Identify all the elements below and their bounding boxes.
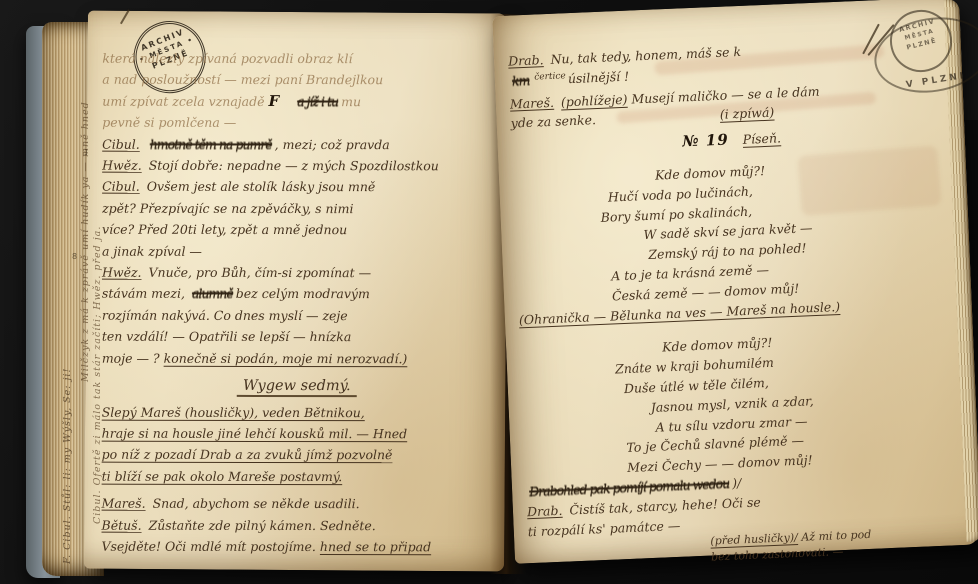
handwritten-text: Stojí dobře: nepadne — z mých Spozdilost… <box>149 158 439 174</box>
handwritten-text: Zůstaňte zde pilný kámen. Sedněte. <box>149 517 376 532</box>
handwritten-text: moje — ? <box>102 350 160 365</box>
manuscript-line: a jinak zpíval — <box>102 240 496 262</box>
handwritten-text: Duše útlé w těle čilém, <box>624 375 769 396</box>
manuscript-line: Cibul.hmotně těm na pumrě, mezi; což pra… <box>102 133 496 155</box>
stamp-text: V PLZNI <box>880 67 978 94</box>
manuscript-line: hraje si na housle jiné lehčí kousků mil… <box>102 423 496 445</box>
song-number: № 19 <box>682 131 729 151</box>
manuscript-line: Hwěz.Vnuče, pro Bůh, čím-si zpomínat — <box>102 262 496 284</box>
speaker-label: Mareš. <box>102 496 146 511</box>
handwritten-text: , mezi; což pravda <box>275 137 390 152</box>
handwritten-text: Slepý Mareš (housličky), veden Bětnikou, <box>102 404 365 419</box>
sideways-margin-note: Cibul. Ofertě zi málo tak stár začíti; H… <box>92 154 103 524</box>
edge-pencil-number: 8 <box>72 252 77 261</box>
handwritten-text: Kde domov můj?! <box>655 163 766 183</box>
sideways-margin-note: Milčzyk z má k zprávě umí hudík ya — mně… <box>80 52 91 382</box>
manuscript-line: Slepý Mareš (housličky), veden Bětnikou, <box>102 401 496 423</box>
handwritten-text: Vnuče, pro Bůh, čím-si zpomínat — <box>149 265 372 280</box>
handwritten-text: umí zpívat zcela vznajadě <box>102 93 264 108</box>
handwritten-text: úsilnější ! <box>568 68 630 86</box>
manuscript-line: po níž z pozadí Drab a za zvuků jímž poz… <box>102 444 496 466</box>
manuscript-line: Bětuš.Zůstaňte zde pilný kámen. Sedněte. <box>102 514 496 536</box>
manuscript-line: stávám mezi,alumněbez celým modravým <box>102 283 496 305</box>
handwritten-text: Vsejděte! Oči mdlé mít postojíme. <box>101 539 315 554</box>
manuscript-line: moje — ?konečně si podán, moje mi nerozv… <box>102 347 496 369</box>
manuscript-line: pevně si pomlčena — <box>102 112 496 134</box>
handwritten-text: Snad, abychom se někde usadili. <box>153 496 360 511</box>
underlined-text: (před husličky)/ <box>710 531 798 548</box>
struck-text: km <box>512 73 530 89</box>
handwritten-text: Wygew sedmý. <box>237 378 357 397</box>
handwritten-text: (Ohranička — Bělunka na ves — Mareš na h… <box>519 299 841 327</box>
manuscript-line: Mareš.Snad, abychom se někde usadili. <box>102 493 496 515</box>
underlined-text: hned se to připad <box>320 539 431 554</box>
handwritten-text: která nalezly zpívaná pozvadli obraz klí <box>102 51 352 66</box>
right-page-text: Drab.Nu, tak tedy, honem, máš se kkmčert… <box>508 33 969 572</box>
speaker-label: Drab. <box>527 503 563 519</box>
manuscript-line: rozjímán nakývá. Co dnes myslí — zeje <box>102 305 496 327</box>
handwritten-text: Zemský ráj to na pohled! <box>648 241 807 263</box>
manuscript-line: Hwěz.Stojí dobře: nepadne — z mých Spozd… <box>102 155 496 177</box>
struck-text: alumně <box>192 286 233 301</box>
handwritten-text: ten vzdálí! — Opatřili se lepší — hnízka <box>102 329 351 344</box>
speaker-label: Mareš. <box>510 94 555 111</box>
underlined-text: konečně si podán, moje mi nerozvadí.) <box>164 350 408 365</box>
handwritten-text: Ovšem jest ale stolík lásky jsou mně <box>147 179 376 194</box>
handwritten-text: yde za senke. <box>510 112 596 131</box>
handwritten-text: po níž z pozadí Drab a za zvuků jímž poz… <box>102 447 393 463</box>
manuscript-line: která nalezly zpívaná pozvadli obraz klí <box>102 48 496 70</box>
handwritten-text: Kde domov můj?! <box>662 335 773 355</box>
underlined-text: Píseň. <box>742 131 781 148</box>
speaker-label: Cibul. <box>102 179 140 194</box>
manuscript-line: Wygew sedmý. <box>102 376 496 398</box>
manuscript-line: ti blíží se pak okolo Mareše postavmý. <box>102 465 496 487</box>
underlined-text: (pohlížeje) <box>561 91 628 109</box>
handwritten-text: Až mi to pod <box>798 528 872 544</box>
manuscript-line: umí zpívat zcela vznajaděFa jíž i tumu <box>102 90 496 112</box>
spacer <box>600 119 720 124</box>
handwritten-text: ti rozpálí ks' památce — <box>528 517 681 538</box>
handwritten-text: bez celým modravým <box>236 286 370 301</box>
speaker-label: Cibul. <box>102 136 140 151</box>
speaker-label: Drab. <box>508 52 544 68</box>
handwritten-text: hraje si na housle jiné lehčí kousků mil… <box>102 426 408 442</box>
handwritten-text: a jinak zpíval — <box>102 243 202 258</box>
handwritten-text: rozjímán nakývá. Co dnes myslí — zeje <box>102 308 348 323</box>
speaker-label: Hwěz. <box>102 265 142 280</box>
manuscript-line: Vsejděte! Oči mdlé mít postojíme.hned se… <box>101 536 495 558</box>
handwritten-text: stávám mezi, <box>102 286 185 301</box>
left-page: ARCHIV • MĚSTA • PLZNĚ která nalezly zpí… <box>84 11 508 572</box>
pen-tick-mark <box>120 9 130 24</box>
underlined-text: (i zpíwá) <box>720 105 775 122</box>
handwritten-text: ti blíží se pak okolo Mareše postavmý. <box>102 468 343 483</box>
open-book: 13 8 ARCHIV • MĚSTA • PLZNĚ která nalezl… <box>28 4 968 580</box>
handwritten-text: Hučí voda po lučinách, <box>608 183 754 204</box>
struck-text: hmotně těm na pumrě <box>150 136 272 151</box>
handwritten-text: mu <box>341 94 361 109</box>
left-page-text: která nalezly zpívaná pozvadli obraz klí… <box>101 48 496 558</box>
manuscript-line: a nad posloužností — mezi paní Brandejlk… <box>102 69 496 91</box>
manuscript-line: zpět? Přezpívajíc se na zpěváčky, s nimi <box>102 198 496 220</box>
speaker-label: Hwěz. <box>102 158 142 173</box>
handwritten-text: )/ <box>732 475 742 490</box>
handwritten-text: pevně si pomlčena — <box>102 115 236 130</box>
manuscript-line: Cibul.Ovšem jest ale stolík lásky jsou m… <box>102 176 496 198</box>
song-number: F <box>269 92 281 110</box>
manuscript-line: ten vzdálí! — Opatřili se lepší — hnízka <box>102 326 496 348</box>
sideways-margin-note: F. Cibul. Stůl: li: my Wýšly, Se: ji! <box>62 334 73 564</box>
handwritten-text: zpět? Přezpívajíc se na zpěváčky, s nimi <box>102 201 353 216</box>
inserted-word: čertice <box>534 71 566 82</box>
struck-text: a jíž i tu <box>297 94 338 109</box>
manuscript-photo: 13 8 ARCHIV • MĚSTA • PLZNĚ která nalezl… <box>0 0 978 584</box>
manuscript-line: více? Před 20ti lety, zpět a mně jednou <box>102 219 496 241</box>
handwritten-text: a nad posloužností — mezi paní Brandejlk… <box>102 72 383 87</box>
speaker-label: Bětuš. <box>102 517 142 532</box>
handwritten-text: více? Před 20ti lety, zpět a mně jednou <box>102 222 347 237</box>
